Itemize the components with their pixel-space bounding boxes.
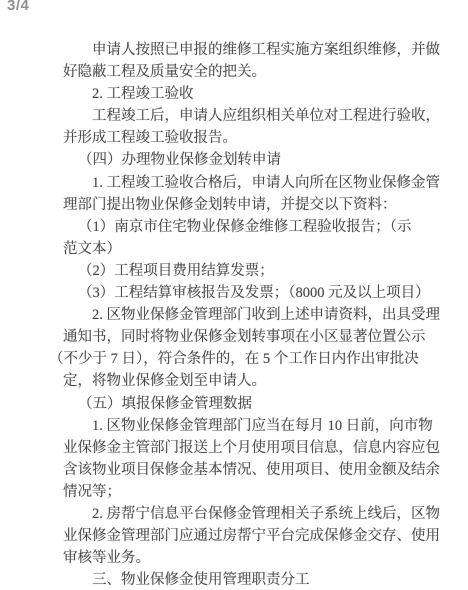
text-line: 申请人按照已申报的维修工程实施方案组织维修，并做 [63, 39, 459, 61]
text-line: 范文本） [63, 238, 459, 260]
text-line: 定，将物业保修金划至申请人。 [63, 370, 459, 392]
text-line: 1. 工程竣工验收合格后，申请人向所在区物业保修金管 [63, 172, 459, 194]
text-line: （1）南京市住宅物业保修金维修工程验收报告；（示 [63, 216, 459, 238]
document-viewer: 3/4 申请人按照已申报的维修工程实施方案组织维修，并做好隐蔽工程及质量安全的把… [0, 0, 468, 590]
document-body: 申请人按照已申报的维修工程实施方案组织维修，并做好隐蔽工程及质量安全的把关。2.… [63, 39, 459, 590]
text-line: 2. 工程竣工验收 [63, 83, 459, 105]
text-line: 好隐蔽工程及质量安全的把关。 [63, 61, 459, 83]
text-line: 工程竣工后，申请人应组织相关单位对工程进行验收， [63, 105, 459, 127]
text-line: 业保修金主管部门报送上个月使用项目信息，信息内容应包 [63, 437, 459, 459]
text-line: 审核等业务。 [63, 547, 459, 569]
text-line: 情况等； [63, 481, 459, 503]
text-line: （四）办理物业保修金划转申请 [63, 149, 459, 171]
text-line: 2. 房帮宁信息平台保修金管理相关子系统上线后，区物 [63, 503, 459, 525]
text-line: 2. 区物业保修金管理部门收到上述申请资料，出具受理 [63, 304, 459, 326]
text-line: 理部门提出物业保修金划转申请，并提交以下资料： [63, 194, 459, 216]
text-line: 1. 区物业保修金管理部门应当在每月 10 日前，向市物 [63, 415, 459, 437]
page-indicator: 3/4 [7, 0, 29, 15]
text-line: 通知书，同时将物业保修金划转事项在小区显著位置公示 [63, 326, 459, 348]
text-line: 含该物业项目保修金基本情况、使用项目、使用金额及结余 [63, 459, 459, 481]
text-line: 并形成工程竣工验收报告。 [63, 127, 459, 149]
text-line: （五）填报保修金管理数据 [63, 393, 459, 415]
text-line: （3）工程结算审核报告及发票；（8000 元及以上项目） [63, 282, 459, 304]
text-line: 业保修金管理部门应通过房帮宁平台完成保修金交存、使用 [63, 525, 459, 547]
text-line: （2）工程项目费用结算发票； [63, 260, 459, 282]
text-line: 三、物业保修金使用管理职责分工 [63, 569, 459, 590]
text-line: （不少于 7 日），符合条件的，在 5 个工作日内作出审批决 [49, 348, 459, 370]
